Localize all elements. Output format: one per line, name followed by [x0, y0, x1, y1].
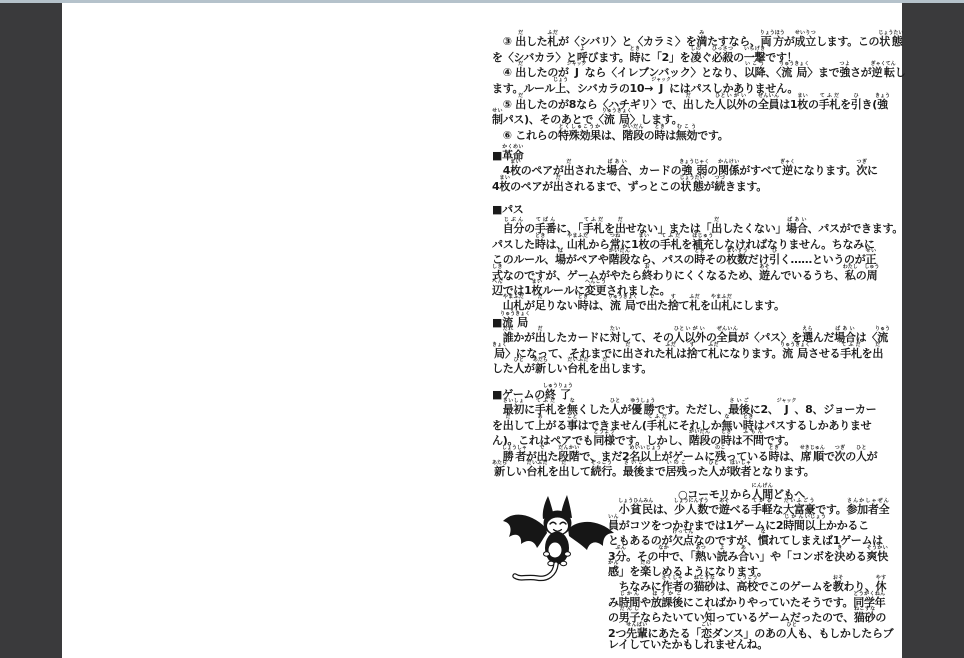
bat-mascot-illustration-icon	[500, 492, 618, 592]
section-special-effects: ③ 出だした札ふだが〈シバリ〉と〈カラミ〉を満みたすなら、両方りょうほうが成立せ…	[492, 30, 905, 140]
window-top-strip	[0, 0, 964, 3]
text-line: ③ 出だした札ふだが〈シバリ〉と〈カラミ〉を満みたすなら、両方りょうほうが成立せ…	[492, 30, 905, 46]
section-draw-round: ■流局りゅうきょく 誰だれかが出だしたカードに対たいして、その人ひと以外いがいの…	[492, 311, 890, 373]
text-line: 誰だれかが出だしたカードに対たいして、その人ひと以外いがいの全員ぜんいんが〈パス…	[492, 326, 890, 341]
scanned-document-view: { "chrome": { "top_strip_color": "#b5c2c…	[0, 0, 964, 658]
section-heading: ■ゲームの終了しゅうりょう	[492, 383, 877, 398]
text-line: 最初さいしょに手札てふだを無なくした人ひとが優勝ゆうしょうです。ただし、最後さい…	[492, 398, 877, 413]
section-heading: ■革命かくめい	[492, 144, 878, 159]
section-heading: ■流局りゅうきょく	[492, 311, 890, 326]
section-revolution: ■革命かくめい 4枚まいのペアが出だされた場合ばあい、カードの強弱きょうじゃくの…	[492, 144, 878, 190]
section-bat-afterword: ○コーモリから人間にんげんどもへ 小貧民しょうひんみんは、少人数しょうにんずうで…	[608, 483, 893, 652]
section-game-end: ■ゲームの終了しゅうりょう 最初さいしょに手札てふだを無なくした人ひとが優勝ゆう…	[492, 383, 877, 475]
text-line: 小貧民しょうひんみんは、少人数しょうにんずうで遊あそべる手軽てがるな大富豪だいふ…	[608, 498, 893, 513]
section-pass: ■パス 自分じぶんの手番てばんに、「手札てふだを出だせない」または「出だしたくな…	[492, 202, 903, 310]
text-line: 4枚まいのペアが出だされた場合ばあい、カードの強弱きょうじゃくの関係かんけいがす…	[492, 159, 878, 174]
section-heading: ■パス	[492, 202, 903, 217]
text-line: 自分じぶんの手番てばんに、「手札てふだを出だせない」または「出だしたくない」場合…	[492, 217, 903, 232]
section-heading: ○コーモリから人間にんげんどもへ	[678, 483, 893, 498]
